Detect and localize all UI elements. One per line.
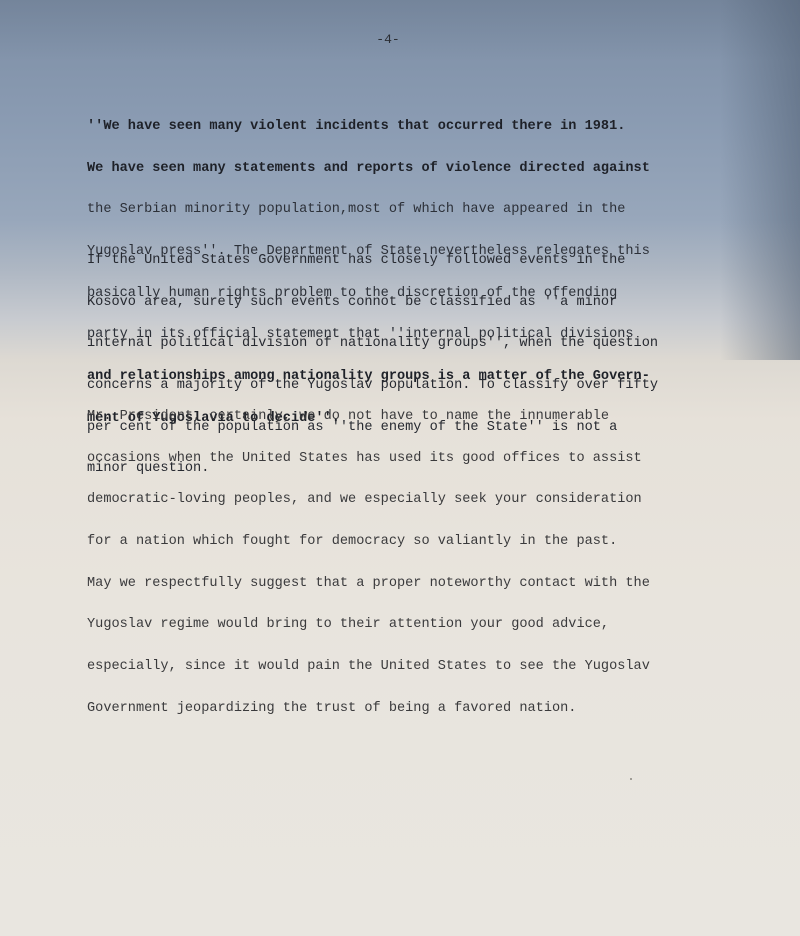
text-line: especially, since it would pain the Unit…: [87, 660, 650, 674]
text-line: If the United States Government has clos…: [87, 254, 658, 268]
text-line: Government jeopardizing the trust of bei…: [87, 702, 650, 716]
text-line: internal political division of nationali…: [87, 337, 658, 351]
photo-shadow-top: [0, 0, 800, 60]
text-line: May we respectfully suggest that a prope…: [87, 577, 650, 591]
text-line: democratic-loving peoples, and we especi…: [87, 493, 650, 507]
text-line: for a nation which fought for democracy …: [87, 535, 650, 549]
text-line: occasions when the United States has use…: [87, 452, 650, 466]
page-number: -4-: [0, 32, 776, 47]
text-line: We have seen many statements and reports…: [87, 162, 650, 176]
text-line: the Serbian minority population,most of …: [87, 203, 650, 217]
text-line: ''We have seen many violent incidents th…: [87, 120, 650, 134]
text-line: Yugoslav regime would bring to their att…: [87, 618, 650, 632]
paragraph-mr-president: Mr. President, certainly, we do not have…: [87, 382, 650, 743]
photo-shadow-right: [720, 0, 800, 360]
paper-speck: [630, 778, 632, 780]
text-line: Kosovo area, surely such events connot b…: [87, 296, 658, 310]
text-line: Mr. President, certainly, we do not have…: [87, 410, 650, 424]
